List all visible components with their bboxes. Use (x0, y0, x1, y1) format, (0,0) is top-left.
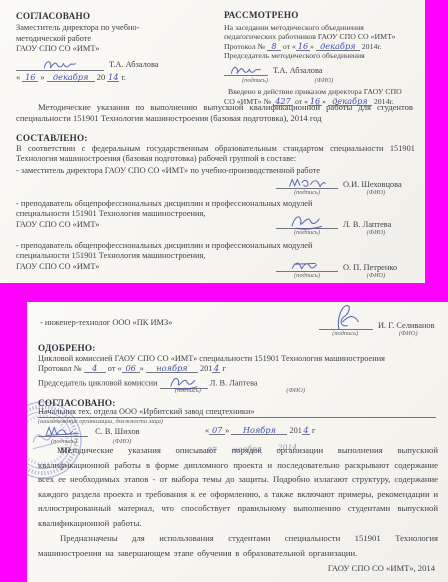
signature-row: О.И. Шеховцова (276, 172, 425, 189)
reviewed-chair-line: Председатель методического объединения (224, 51, 424, 61)
handwritten-protocol-no: 8 (267, 42, 281, 51)
footer-credit: ГАОУ СПО СО «ИМТ», 2014 (328, 563, 435, 573)
signature-shekhovtsova-icon (285, 176, 329, 190)
handwritten-year: 4 (302, 426, 310, 435)
signature-line (276, 172, 338, 189)
year-suffix: г (223, 364, 226, 373)
approved-line-1: Заместитель директора по учебно- (16, 23, 218, 33)
member-4-signature-block: И. Г. Селиванов (подпись) (ФИО) (319, 304, 445, 337)
protocol-from: от « (283, 42, 296, 51)
sign-label: (подпись) (276, 189, 338, 196)
endorsed-line-1: Цикловой комиссией ГАОУ СПО СО «ИМТ» спе… (38, 354, 385, 363)
signatory-name: И. Г. Селиванов (378, 321, 435, 330)
compiled-title: СОСТАВЛЕНО: (16, 133, 88, 143)
signature-line (319, 304, 373, 330)
endorsed-title: ОДОБРЕНО: (38, 343, 96, 353)
handwritten-month: Ноября (231, 426, 287, 435)
signature-selivanov-icon (329, 304, 363, 331)
signatory-name: С. В. Шихов (95, 427, 140, 436)
member-1-signature-block: О.И. Шеховцова (подпись) (ФИО) (276, 172, 425, 196)
fio-label: (ФИО) (286, 387, 305, 394)
signatory-name: Т.А. Абзалова (273, 66, 323, 75)
fio-label: (ФИО) (338, 229, 414, 236)
signature-lapteva-icon (287, 213, 327, 230)
signature-abzalova-icon (40, 58, 80, 72)
member-3-line-1: - преподаватель общепрофессиональных дис… (16, 241, 312, 251)
quote-close: » (140, 364, 144, 373)
year-suffix: г (312, 426, 315, 435)
handwritten-day: 06 (122, 364, 140, 373)
member-2-line-3: ГАОУ СПО СО «ИМТ» (16, 220, 312, 230)
handwritten-month: декабря (47, 73, 95, 82)
signature-labels-row: (подпись) (ФИО) (224, 76, 424, 86)
approved-line-2: методической работе (16, 34, 218, 44)
signatory-name: Л. В. Лаптева (343, 220, 391, 229)
signatory-name: О. П. Петренко (343, 263, 397, 272)
sign-label: (подпись) (175, 387, 201, 394)
member-3-signature-block: О. П. Петренко (подпись) (ФИО) (276, 255, 425, 279)
signature-labels-row: (подпись) (ФИО) (175, 387, 305, 394)
reviewed-protocol-row: Протокол № 8 от «16» декабря 2014г. (224, 42, 424, 52)
signature-line (16, 58, 104, 71)
endorsed-protocol-row: Протокол № 4 от «06» ноября 2014 г (38, 364, 226, 373)
signatory-name: О.И. Шеховцова (343, 180, 402, 189)
organization-line: Начальник тех. отдела ООО «Ирбитский зав… (38, 407, 436, 418)
quote-close: » (225, 426, 229, 435)
annotation-paragraph: Методические указания по выполнению выпу… (16, 102, 413, 125)
fio-label: (ФИО) (286, 76, 362, 86)
order-line-1: Введено в действие приказом директора ГА… (224, 87, 424, 97)
approved-title: СОГЛАСОВАНО (16, 11, 218, 21)
member-2-line-2: специальности 151901 Технология машиност… (16, 209, 312, 219)
approved-signature-row: Т.А. Абзалова (16, 58, 218, 71)
compiled-intro: В соответствии с федеральным государстве… (16, 144, 415, 165)
member-3-line-2: специальности 151901 Технология машиност… (16, 251, 312, 261)
member-2-lines: - преподаватель общепрофессиональных дис… (16, 199, 312, 230)
page-2: - инженер-технолог ООО «ПК ИМЗ» И. Г. Се… (27, 302, 448, 582)
signature-labels-row: (подпись) (ФИО) (276, 272, 425, 279)
signature-row: Л. В. Лаптева (276, 212, 425, 229)
year-suffix: г. (121, 73, 126, 82)
page-1: СОГЛАСОВАНО Заместитель директора по уче… (0, 0, 425, 283)
protocol-prefix: Протокол № (38, 364, 82, 373)
year-prefix: 201 (289, 426, 301, 435)
protocol-year: 2014г. (362, 42, 382, 51)
handwritten-day: 07 (209, 426, 225, 435)
quote-close: » (310, 42, 314, 51)
handwritten-protocol-no: 4 (84, 364, 106, 373)
signature-labels-row: (подпись) (ФИО) (276, 229, 425, 236)
protocol-from: от « (108, 364, 122, 373)
member-2-line-1: - преподаватель общепрофессиональных дис… (16, 199, 312, 209)
sign-label: (подпись) (319, 330, 371, 337)
reviewed-signature-row: Т.А. Абзалова (224, 64, 424, 76)
member-3-line-3: ГАОУ СПО СО «ИМТ» (16, 262, 312, 272)
handwritten-year: 14 (107, 73, 119, 82)
fio-label: (ФИО) (338, 272, 414, 279)
sign-label: (подпись) (276, 229, 338, 236)
sign-label: (подпись) (276, 272, 338, 279)
signatory-name: Т.А. Абзалова (109, 60, 159, 69)
handwritten-day: 16 (22, 73, 38, 82)
signature-petrenko-icon (287, 259, 327, 273)
handwritten-month: декабря (316, 42, 360, 51)
signature-row: И. Г. Селиванов (319, 304, 445, 330)
quote-close: » (40, 73, 44, 82)
signature-labels-row: (подпись) (ФИО) (319, 330, 445, 337)
handwritten-day: 16 (296, 42, 310, 51)
approved-line-3: ГАОУ СПО СО «ИМТ» (16, 44, 218, 54)
signature-row: О. П. Петренко (276, 255, 425, 272)
summary-paragraph-1: Методические указания описывают порядок … (38, 443, 438, 531)
reviewed-title: РАССМОТРЕНО (224, 11, 424, 21)
fio-label: (ФИО) (371, 330, 445, 337)
year-prefix: 20 (97, 73, 105, 82)
signature-labels-row: (подпись) (ФИО) (276, 189, 425, 196)
signature-line (276, 212, 338, 229)
fio-label: (ФИО) (338, 189, 414, 196)
member-3-lines: - преподаватель общепрофессиональных дис… (16, 241, 312, 272)
handwritten-month: ноября (146, 364, 198, 373)
member-4-line: - инженер-технолог ООО «ПК ИМЗ» (40, 318, 172, 327)
year-prefix: 201 (200, 364, 212, 373)
summary-paragraph-2: Предназначены для использования студента… (38, 531, 438, 560)
approved-block: СОГЛАСОВАНО Заместитель директора по уче… (16, 11, 218, 83)
approved-date-row: « 16 » декабря 20 14 г. (16, 73, 218, 83)
member-2-signature-block: Л. В. Лаптева (подпись) (ФИО) (276, 212, 425, 236)
member-1-line: - заместитель директора ГАОУ СПО СО «ИМТ… (16, 166, 320, 175)
protocol-prefix: Протокол № (224, 42, 265, 51)
chair-label: Председатель цикловой комиссии (38, 379, 158, 388)
sign-label: (подпись) (224, 76, 286, 86)
reviewed-block: РАССМОТРЕНО На заседании методического о… (224, 11, 424, 106)
quote-open: « (16, 73, 20, 82)
reviewed-line-1: На заседании методического объединения (224, 23, 424, 33)
signature-line (224, 64, 268, 76)
signature-line (276, 255, 338, 272)
agreed-date-row: «07» Ноября 2014 г (205, 426, 315, 435)
handwritten-year: 4 (212, 364, 220, 373)
